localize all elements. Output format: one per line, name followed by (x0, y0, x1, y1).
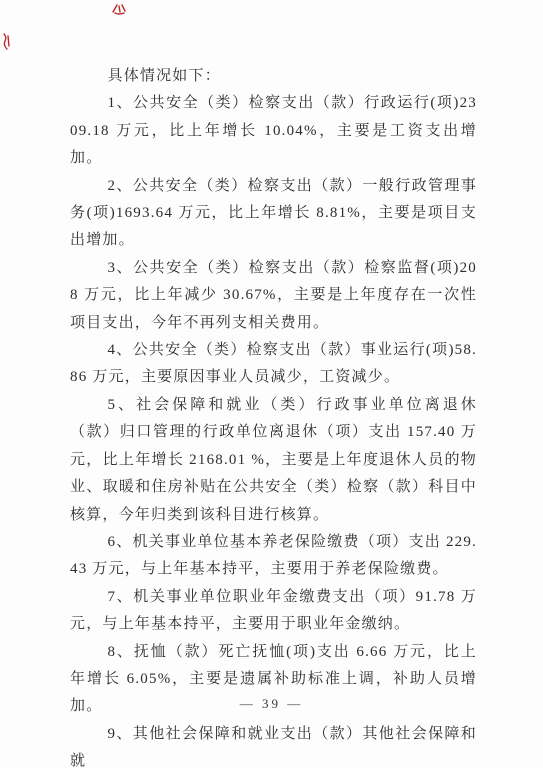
red-scan-artifact-icon (111, 3, 127, 15)
paragraph-list: 1、公共安全（类）检察支出（款）行政运行(项)2309.18 万元，比上年增长 … (70, 90, 477, 768)
paragraph: 4、公共安全（类）检察支出（款）事业运行(项)58.86 万元，主要原因事业人员… (70, 337, 477, 392)
paragraph: 1、公共安全（类）检察支出（款）行政运行(项)2309.18 万元，比上年增长 … (70, 90, 477, 172)
document-page: 具体情况如下： 1、公共安全（类）检察支出（款）行政运行(项)2309.18 万… (0, 0, 543, 768)
page-number: — 39 — (0, 696, 543, 712)
paragraph: 7、机关事业单位职业年金缴费支出（项）91.78 万元，与上年基本持平，主要用于… (70, 584, 477, 639)
red-scan-artifact-icon (1, 33, 12, 50)
document-body: 具体情况如下： 1、公共安全（类）检察支出（款）行政运行(项)2309.18 万… (70, 63, 477, 768)
paragraph: 3、公共安全（类）检察支出（款）检察监督(项)208 万元，比上年减少 30.6… (70, 255, 477, 337)
paragraph: 9、其他社会保障和就业支出（款）其他社会保障和就 (70, 721, 477, 768)
paragraph: 2、公共安全（类）检察支出（款）一般行政管理事务(项)1693.64 万元，比上… (70, 173, 477, 255)
paragraph: 5、社会保障和就业（类）行政事业单位离退休（款）归口管理的行政单位离退休（项）支… (70, 392, 477, 529)
paragraph: 6、机关事业单位基本养老保险缴费（项）支出 229.43 万元，与上年基本持平，… (70, 529, 477, 584)
intro-line: 具体情况如下： (70, 63, 477, 90)
